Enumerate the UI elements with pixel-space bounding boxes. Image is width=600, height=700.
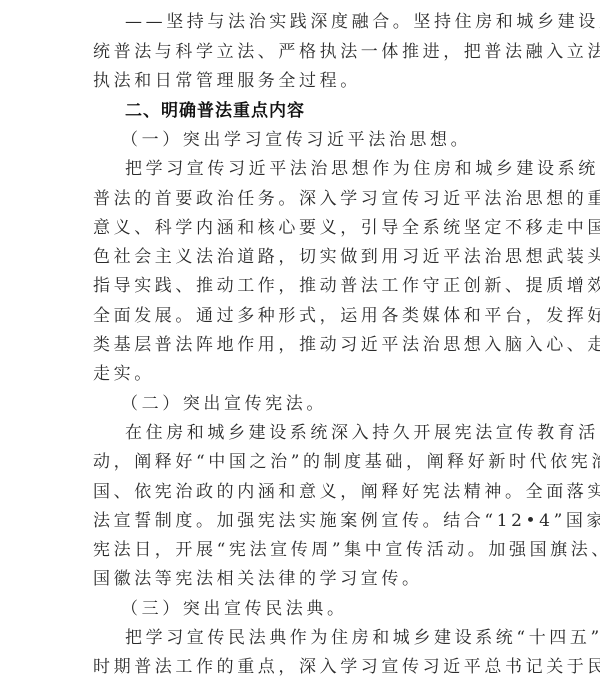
- subsection-heading: （一）突出学习宣传习近平法治思想。: [121, 126, 541, 155]
- paragraph-line: 国、依宪治政的内涵和意义，阐释好宪法精神。全面落实宪: [93, 478, 513, 507]
- subsection-heading: （三）突出宣传民法典。: [121, 595, 541, 624]
- paragraph-line: 类基层普法阵地作用，推动习近平法治思想入脑入心、走深: [93, 331, 513, 360]
- paragraph-line: 把学习宣传民法典作为住房和城乡建设系统“十四五”: [125, 624, 545, 653]
- paragraph-line: 法宣誓制度。加强宪法实施案例宣传。结合“12•4”国家: [93, 507, 513, 536]
- document-page: ——坚持与法治实践深度融合。坚持住房和城乡建设系 统普法与科学立法、严格执法一体…: [0, 0, 600, 700]
- paragraph-line: 宪法日，开展“宪法宣传周”集中宣传活动。加强国旗法、: [93, 536, 513, 565]
- paragraph-line: 时期普法工作的重点，深入学习宣传习近平总书记关于民法: [93, 653, 513, 682]
- paragraph-line: 走实。: [93, 360, 513, 389]
- paragraph-line: 意义、科学内涵和核心要义，引导全系统坚定不移走中国特: [93, 214, 513, 243]
- paragraph-line: 全面发展。通过多种形式，运用各类媒体和平台，发挥好各: [93, 302, 513, 331]
- paragraph-line: 色社会主义法治道路，切实做到用习近平法治思想武装头脑、: [93, 243, 513, 272]
- paragraph-line: 指导实践、推动工作，推动普法工作守正创新、提质增效、: [93, 272, 513, 301]
- paragraph-line: 国徽法等宪法相关法律的学习宣传。: [93, 565, 513, 594]
- paragraph-line: 执法和日常管理服务全过程。: [93, 67, 513, 96]
- paragraph-line: 普法的首要政治任务。深入学习宣传习近平法治思想的重大: [93, 185, 513, 214]
- subsection-heading: （二）突出宣传宪法。: [121, 390, 541, 419]
- paragraph-line: 统普法与科学立法、严格执法一体推进，把普法融入立法、: [93, 38, 513, 67]
- section-heading: 二、明确普法重点内容: [125, 97, 545, 126]
- paragraph-line: ——坚持与法治实践深度融合。坚持住房和城乡建设系: [125, 8, 545, 37]
- paragraph-line: 在住房和城乡建设系统深入持久开展宪法宣传教育活: [125, 419, 545, 448]
- paragraph-line: 把学习宣传习近平法治思想作为住房和城乡建设系统: [125, 155, 545, 184]
- paragraph-line: 动，阐释好“中国之治”的制度基础，阐释好新时代依宪治: [93, 448, 513, 477]
